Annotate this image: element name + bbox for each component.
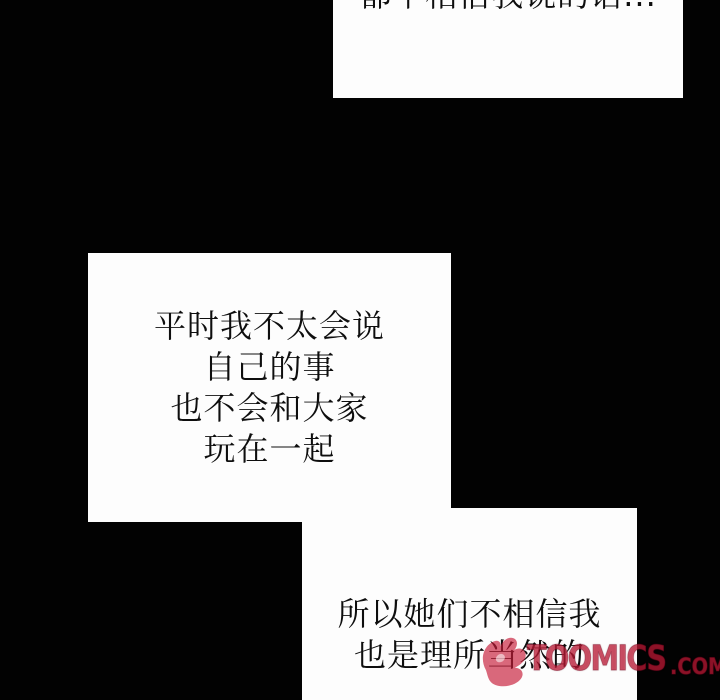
speech-text-line: 平时我不太会说 <box>154 306 385 347</box>
speech-text-line: 玩在一起 <box>203 429 335 470</box>
watermark-domain-suffix: .COM <box>670 655 720 680</box>
speech-text-line: 也不会和大家 <box>170 388 368 429</box>
speech-text-line: 都不相信我说的话... <box>333 0 683 12</box>
speech-bubble-top: 都不相信我说的话... <box>333 0 683 98</box>
speech-text-line: 也是理所当然的 <box>302 635 637 676</box>
speech-text-line: 自己的事 <box>203 347 335 388</box>
speech-text-line: 所以她们不相信我 <box>302 594 637 635</box>
speech-bubble-bottom: 所以她们不相信我 也是理所当然的 <box>302 508 637 700</box>
comic-page: 都不相信我说的话... 平时我不太会说 自己的事 也不会和大家 玩在一起 所以她… <box>0 0 720 700</box>
speech-bubble-middle: 平时我不太会说 自己的事 也不会和大家 玩在一起 <box>88 253 451 522</box>
